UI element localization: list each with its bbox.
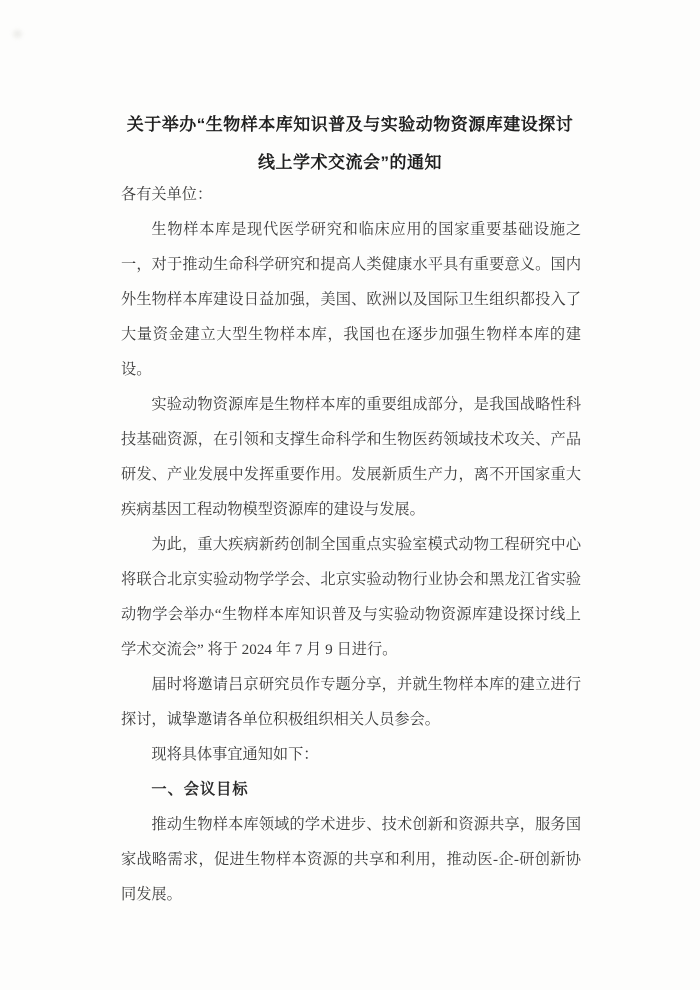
- document-page: 关于举办“生物样本库知识普及与实验动物资源库建设探讨 线上学术交流会”的通知 各…: [0, 0, 700, 990]
- paragraph-invitation: 届时将邀请吕京研究员作专题分享，并就生物样本库的建立进行探讨，诚挚邀请各单位积极…: [121, 667, 581, 737]
- paragraph-biobank-intro: 生物样本库是现代医学研究和临床应用的国家重要基础设施之一，对于推动生命科学研究和…: [121, 212, 581, 387]
- document-title: 关于举办“生物样本库知识普及与实验动物资源库建设探讨 线上学术交流会”的通知: [110, 106, 590, 182]
- paragraph-animal-resource: 实验动物资源库是生物样本库的重要组成部分，是我国战略性科技基础资源，在引领和支撑…: [121, 387, 581, 527]
- title-line-1: 关于举办“生物样本库知识普及与实验动物资源库建设探讨: [110, 106, 590, 144]
- scan-artifact: [13, 30, 22, 38]
- paragraph-meeting-goal: 推动生物样本库领域的学术进步、技术创新和资源共享，服务国家战略需求，促进生物样本…: [121, 807, 581, 912]
- paragraph-organizers-date: 为此，重大疾病新药创制全国重点实验室模式动物工程研究中心将联合北京实验动物学学会…: [121, 527, 581, 667]
- paragraph-notice-lead-in: 现将具体事宜通知如下：: [121, 737, 581, 772]
- salutation: 各有关单位：: [121, 177, 581, 212]
- section-heading-meeting-goal: 一、会议目标: [121, 772, 581, 807]
- document-body: 各有关单位： 生物样本库是现代医学研究和临床应用的国家重要基础设施之一，对于推动…: [121, 177, 581, 912]
